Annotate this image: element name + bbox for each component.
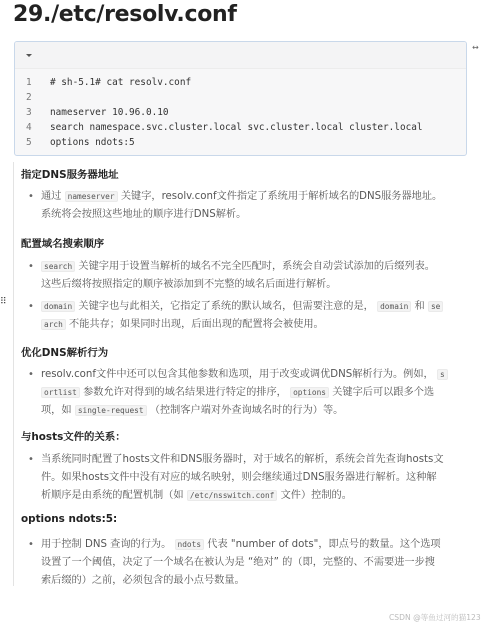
text: 文件）控制的。 <box>281 490 352 501</box>
text: 索后缀的）之前，必须包含的最小点号数量。 <box>41 575 245 586</box>
code-line: 2 <box>15 90 466 105</box>
text: 参数允许对得到的域名结果进行特定的排序， <box>83 387 287 398</box>
line-number: 3 <box>15 105 50 120</box>
text: 设置了一个阈值，决定了一个域名在被认为是 “绝对” 的（即，完整的、不需要进一步… <box>41 557 435 568</box>
section-heading: 优化DNS解析行为 <box>21 344 108 359</box>
list-item: • 通过 nameserver 关键字，resolv.conf文件指定了系统用于… <box>41 188 481 224</box>
inline-code: search <box>41 261 75 272</box>
section-heading: 指定DNS服务器地址 <box>21 166 119 181</box>
bullet-icon: • <box>28 258 34 276</box>
line-text: search namespace.svc.cluster.local svc.c… <box>50 120 423 135</box>
text: 关键字后可以跟多个选 <box>332 387 434 398</box>
list-item: • 用于控制 DNS 查询的行为。 ndots 代表 "number of do… <box>41 536 481 590</box>
text: 通过 <box>41 191 61 202</box>
watermark: CSDN @等鱼过河的猫123 <box>389 612 481 623</box>
line-number: 2 <box>15 90 50 105</box>
bullet-icon: • <box>28 298 34 316</box>
list-item: • domain 关键字也与此相关，它指定了系统的默认域名，但需要注意的是， d… <box>41 298 481 334</box>
inline-code: nameserver <box>65 191 118 202</box>
page-title: 29./etc/resolv.conf <box>13 2 237 27</box>
bullet-icon: • <box>28 451 34 469</box>
code-line: 3 nameserver 10.96.0.10 <box>15 105 466 120</box>
list-item: • search 关键字用于设置当解析的域名不完全匹配时，系统会自动尝试添加的后… <box>41 258 481 294</box>
text: 用于控制 DNS 查询的行为。 <box>41 539 171 550</box>
list-item: • resolv.conf文件中还可以包含其他参数和选项，用于改变或调优DNS解… <box>41 366 481 420</box>
inline-code: domain <box>41 301 75 312</box>
text: 关键字用于设置当解析的域名不完全匹配时，系统会自动尝试添加的后缀列表。 <box>78 261 435 272</box>
code-block-header[interactable] <box>15 42 466 69</box>
inline-code: s <box>437 369 448 380</box>
line-text: options ndots:5 <box>50 135 135 150</box>
line-number: 4 <box>15 120 50 135</box>
section-heading: 与hosts文件的关系： <box>21 428 126 443</box>
text: 代表 "number of dots"，即点号的数量。这个选项 <box>207 539 440 550</box>
bullet-icon: • <box>28 188 34 206</box>
code-body: 1 # sh-5.1# cat resolv.conf 2 3 nameserv… <box>15 69 466 150</box>
text: resolv.conf文件中还可以包含其他参数和选项，用于改变或调优DNS解析行… <box>41 369 434 380</box>
code-line: 1 # sh-5.1# cat resolv.conf <box>15 75 466 90</box>
text: 件。如果hosts文件中没有对应的域名映射，则会继续通过DNS服务器进行解析。这… <box>41 472 437 483</box>
text: 项，如 <box>41 405 72 416</box>
section-heading: options ndots:5: <box>21 513 117 525</box>
line-text: nameserver 10.96.0.10 <box>50 105 169 120</box>
drag-handle-icon[interactable]: ⠿ <box>0 298 6 307</box>
quote-content: 指定DNS服务器地址 • 通过 nameserver 关键字，resolv.co… <box>13 162 483 586</box>
text: 这些后缀将按照指定的顺序被添加到不完整的域名后面进行解析。 <box>41 279 336 290</box>
line-number: 5 <box>15 135 50 150</box>
inline-code: se <box>428 301 443 312</box>
section-heading: 配置域名搜索顺序 <box>21 235 104 250</box>
code-block: 1 # sh-5.1# cat resolv.conf 2 3 nameserv… <box>14 41 467 156</box>
inline-code: options <box>290 387 329 398</box>
text: 析顺序是由系统的配置机制（如 <box>41 490 184 501</box>
bullet-icon: • <box>28 366 34 384</box>
line-number: 1 <box>15 75 50 90</box>
text: 不能共存；如果同时出现，后面出现的配置将会被使用。 <box>69 319 324 330</box>
inline-code: arch <box>41 319 66 330</box>
line-text: # sh-5.1# cat resolv.conf <box>50 75 191 90</box>
inline-code: /etc/nsswitch.conf <box>187 490 278 501</box>
list-item: • 当系统同时配置了hosts文件和DNS服务器时，对于域名的解析，系统会首先查… <box>41 451 481 505</box>
inline-code: single-request <box>75 405 147 416</box>
text: 关键字也与此相关，它指定了系统的默认域名，但需要注意的是， <box>78 301 373 312</box>
inline-code: ortlist <box>41 387 80 398</box>
inline-code: ndots <box>175 539 204 550</box>
code-line: 4 search namespace.svc.cluster.local svc… <box>15 120 466 135</box>
text: （控制客户端对外查询域名时的行为）等。 <box>150 405 344 416</box>
bullet-icon: • <box>28 536 34 554</box>
inline-code: domain <box>377 301 411 312</box>
collapse-caret-icon[interactable] <box>26 54 32 57</box>
text: 关键字，resolv.conf文件指定了系统用于解析域名的DNS服务器地址。 <box>121 191 442 202</box>
expand-width-icon[interactable]: ↔ <box>472 43 479 52</box>
text: 和 <box>415 301 425 312</box>
text: 系统将会按照这些地址的顺序进行DNS解析。 <box>41 209 246 220</box>
code-line: 5 options ndots:5 <box>15 135 466 150</box>
text: 当系统同时配置了hosts文件和DNS服务器时，对于域名的解析，系统会首先查询h… <box>41 454 444 465</box>
